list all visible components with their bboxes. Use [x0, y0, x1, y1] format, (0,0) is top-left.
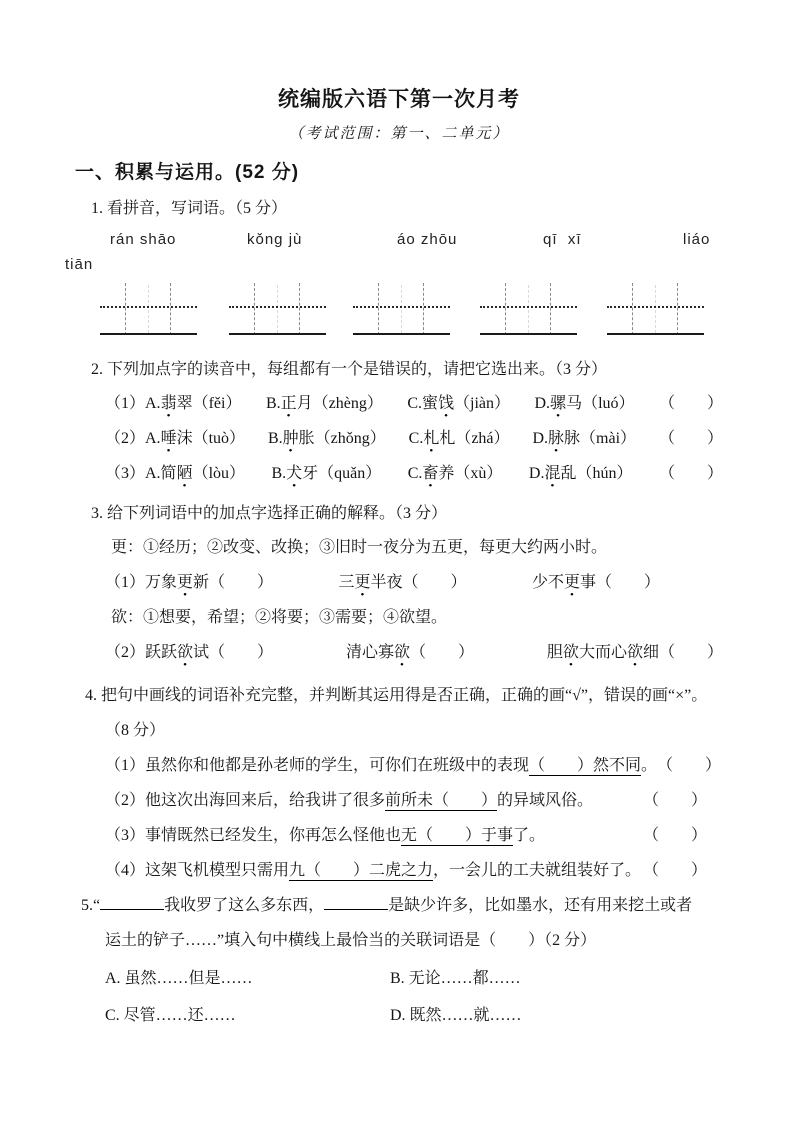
segment-dot: 骡 [550, 395, 566, 412]
answer-bracket: （ ） [659, 386, 723, 421]
segment-text: 5.“ [81, 897, 100, 914]
grid-line-v1 [378, 283, 379, 335]
segment-blank [324, 894, 388, 910]
writing-grid [100, 283, 197, 335]
segment-dot: 脉 [548, 430, 564, 447]
segment-text: （4）这架飞机模型只需用 [105, 862, 289, 879]
grid-line-vc [528, 285, 529, 333]
q1-writing-grids [75, 283, 723, 337]
grid-line-mid [100, 306, 197, 308]
q4-item-text: （3）事情既然已经发生，你再怎么怪他也无（ ）于事了。 [105, 818, 545, 853]
q2-option: D.混乱（hún） [529, 456, 633, 491]
section1-heading: 一、积累与运用。(52 分) [75, 158, 723, 188]
segment-dot: 陋 [177, 465, 193, 482]
q5-line1: 5.“我收罗了这么多东西，是缺少许多，比如墨水，还有用来挖土或者 [75, 888, 723, 923]
q2-option: （3）A.简陋（lòu） [105, 456, 245, 491]
segment-text: 少不 [532, 574, 564, 591]
segment-dot: 更 [354, 574, 370, 591]
q3-phrase: 胆欲大而心欲细（ ） [547, 635, 723, 670]
segment-text: （3）事情既然已经发生，你再怎么怪他也 [105, 827, 401, 844]
segment-text: （1）虽然你和他都是孙老师的学生，可你们在班级中的表现 [105, 757, 529, 774]
segment-text: （ ） [410, 644, 474, 661]
q4-item: （2）他这次出海回来后，给我讲了很多前所未（ ）的异域风俗。（ ） [75, 783, 723, 818]
q5-option: A. 虽然……但是…… [105, 960, 390, 997]
segment-ul: （ ）然不同 [529, 757, 641, 776]
answer-bracket: （ ） [643, 818, 707, 853]
segment-text: 了。 [513, 827, 545, 844]
segment-text: （lòu） [193, 465, 245, 482]
segment-text: 半夜（ ） [371, 574, 467, 591]
q2-option: C.畜养（xù） [408, 456, 503, 491]
segment-dot: 犬 [286, 465, 302, 482]
segment-ul: 前所未（ ） [385, 792, 497, 811]
q3-definition-geng: 更：①经历；②改变、改换；③旧时一夜分为五更，每更大约两小时。 [75, 530, 723, 565]
pinyin-group: qī xī [543, 227, 582, 252]
exam-paper-page: 统编版六语下第一次月考 （考试范围：第一、二单元） 一、积累与运用。(52 分)… [0, 0, 793, 1122]
q4-item-text: （4）这架飞机模型只需用九（ ）二虎之力，一会儿的工夫就组装好了。 [105, 853, 641, 888]
answer-bracket: （ ） [643, 853, 707, 888]
q3-phrase: （2）跃跃欲试（ ） [105, 635, 273, 670]
segment-text: D. [534, 395, 550, 412]
q4-item-text: （1）虽然你和他都是孙老师的学生，可你们在班级中的表现（ ）然不同。 [105, 748, 657, 783]
pinyin-group: liáo [683, 227, 710, 252]
segment-dot: 翡 [161, 395, 177, 412]
segment-text: 胀（zhǒng） [299, 430, 386, 447]
segment-text: B. [266, 395, 281, 412]
grid-line-mid [353, 306, 450, 308]
grid-line-v2 [299, 283, 300, 335]
segment-text: 是缺少许多，比如墨水，还有用来挖土或者 [388, 897, 692, 914]
grid-line-mid [480, 306, 577, 308]
segment-text: ，一会儿的工夫就组装好了。 [433, 862, 641, 879]
grid-line-v2 [550, 283, 551, 335]
q3-phrase: 三更半夜（ ） [338, 565, 466, 600]
grid-line-vc [655, 285, 656, 333]
segment-text: 胆 [547, 644, 563, 661]
writing-grid [229, 283, 326, 335]
segment-text: 事（ ） [580, 574, 660, 591]
q4-label: 4. 把句中画线的词语补充完整，并判断其运用得是否正确，正确的画“√”，错误的画… [75, 678, 723, 713]
segment-text: C.蜜 [407, 395, 438, 412]
segment-ul: 无（ ）于事 [401, 827, 513, 846]
segment-text: 清心寡 [346, 644, 394, 661]
segment-text: 翠（fěi） [177, 395, 242, 412]
q5-option: C. 尽管……还…… [105, 997, 390, 1034]
segment-text: 新（ ） [193, 574, 273, 591]
segment-text: （3）A.简 [105, 465, 177, 482]
segment-text: 大而心 [579, 644, 627, 661]
segment-dot: 更 [177, 574, 193, 591]
segment-dot: 肿 [283, 430, 299, 447]
segment-text: B. [268, 430, 283, 447]
segment-text: 的异域风俗。 [497, 792, 593, 809]
q3-row-2: （2）跃跃欲试（ ）清心寡欲（ ）胆欲大而心欲细（ ） [75, 635, 723, 670]
q5-line2: 运土的铲子……”填入句中横线上最恰当的关联词语是（ ）（2 分） [75, 923, 723, 958]
grid-line-mid [607, 306, 704, 308]
q3-phrase: 少不更事（ ） [532, 565, 660, 600]
segment-text: 试（ ） [193, 644, 273, 661]
segment-dot: 欲 [563, 644, 579, 661]
answer-bracket: （ ） [643, 783, 707, 818]
pinyin-group: kǒng jù [247, 227, 302, 252]
page-title: 统编版六语下第一次月考 [75, 86, 723, 114]
segment-text: 细（ ） [643, 644, 723, 661]
segment-text: B. [271, 465, 286, 482]
grid-line-v2 [677, 283, 678, 335]
segment-dot: 正 [281, 395, 297, 412]
segment-dot: 饯 [438, 395, 454, 412]
segment-dot: 欲 [394, 644, 410, 661]
grid-line-base [353, 333, 450, 335]
segment-dot: 唾 [161, 430, 177, 447]
segment-text: （jiàn） [454, 395, 510, 412]
segment-dot: 畜 [422, 465, 438, 482]
segment-text: D. [532, 430, 548, 447]
q3-phrase: 清心寡欲（ ） [346, 635, 474, 670]
q2-option: B.正月（zhèng） [266, 386, 383, 421]
grid-line-v1 [632, 283, 633, 335]
q5-option: B. 无论……都…… [390, 960, 723, 997]
segment-text: D. [529, 465, 545, 482]
grid-line-vc [148, 285, 149, 333]
q4-item: （3）事情既然已经发生，你再怎么怪他也无（ ）于事了。（ ） [75, 818, 723, 853]
segment-ul: 九（ ）二虎之力 [289, 862, 433, 881]
segment-text: 月（zhèng） [297, 395, 383, 412]
q4-item: （4）这架飞机模型只需用九（ ）二虎之力，一会儿的工夫就组装好了。（ ） [75, 853, 723, 888]
segment-text: （2）A. [105, 430, 161, 447]
segment-text: 养（xù） [438, 465, 502, 482]
q3-label: 3. 给下列词语中的加点字选择正确的解释。（3 分） [75, 497, 723, 530]
q2-row: （1）A.翡翠（fěi）B.正月（zhèng）C.蜜饯（jiàn）D.骡马（lu… [75, 386, 723, 421]
segment-text: C. [409, 430, 424, 447]
grid-line-base [229, 333, 326, 335]
segment-text: 脉（mài） [564, 430, 636, 447]
segment-text: （2）跃跃 [105, 644, 177, 661]
q2-option: B.肿胀（zhǒng） [268, 421, 386, 456]
q2-option: （1）A.翡翠（fěi） [105, 386, 241, 421]
grid-line-base [607, 333, 704, 335]
grid-line-v1 [254, 283, 255, 335]
q2-option: C.蜜饯（jiàn） [407, 386, 510, 421]
segment-text: （1）A. [105, 395, 161, 412]
grid-line-v2 [170, 283, 171, 335]
q5-option: D. 既然……就…… [390, 997, 723, 1034]
q2-row: （3）A.简陋（lòu）B.犬牙（quǎn）C.畜养（xù）D.混乱（hún）（… [75, 456, 723, 491]
answer-bracket: （ ） [657, 748, 721, 783]
q5-options: A. 虽然……但是……B. 无论……都……C. 尽管……还……D. 既然……就…… [75, 960, 723, 1034]
segment-text: 乱（hún） [560, 465, 632, 482]
segment-text: 三 [338, 574, 354, 591]
q3-phrase: （1）万象更新（ ） [105, 565, 273, 600]
pinyin-group: rán shāo [110, 227, 176, 252]
segment-text: （2）他这次出海回来后，给我讲了很多 [105, 792, 385, 809]
q1-label: 1. 看拼音，写词语。（5 分） [75, 192, 723, 225]
segment-text: 牙（quǎn） [302, 465, 381, 482]
grid-line-v2 [423, 283, 424, 335]
grid-line-base [100, 333, 197, 335]
segment-dot: 更 [564, 574, 580, 591]
q2-option: C.札札（zhá） [409, 421, 510, 456]
q2-option: D.脉脉（mài） [532, 421, 636, 456]
exam-content: 统编版六语下第一次月考 （考试范围：第一、二单元） 一、积累与运用。(52 分)… [0, 0, 793, 1034]
writing-grid [353, 283, 450, 335]
q4-item-text: （2）他这次出海回来后，给我讲了很多前所未（ ）的异域风俗。 [105, 783, 593, 818]
segment-text: 沫（tuò） [177, 430, 245, 447]
segment-blank [100, 894, 164, 910]
grid-line-vc [401, 285, 402, 333]
grid-line-vc [277, 285, 278, 333]
q3-definition-yu: 欲：①想要，希望；②将要；③需要；④欲望。 [75, 600, 723, 635]
answer-bracket: （ ） [659, 421, 723, 456]
grid-line-v1 [505, 283, 506, 335]
segment-dot: 欲 [177, 644, 193, 661]
segment-dot: 欲 [627, 644, 643, 661]
q2-option: B.犬牙（quǎn） [271, 456, 381, 491]
segment-text: （1）万象 [105, 574, 177, 591]
segment-text: 马（luó） [566, 395, 634, 412]
page-subtitle: （考试范围：第一、二单元） [75, 122, 723, 146]
q4-item: （1）虽然你和他都是孙老师的学生，可你们在班级中的表现（ ）然不同。（ ） [75, 748, 723, 783]
q1-pinyin-row: rán shāokǒng jùáo zhōuqī xīliáo [75, 227, 723, 252]
segment-text: 我收罗了这么多东西， [164, 897, 324, 914]
q3-row-1: （1）万象更新（ ）三更半夜（ ）少不更事（ ） [75, 565, 660, 600]
segment-text: 。 [641, 757, 657, 774]
segment-text: 札（zhá） [439, 430, 509, 447]
q2-option: D.骡马（luó） [534, 386, 634, 421]
grid-line-v1 [125, 283, 126, 335]
q2-row: （2）A.唾沫（tuò）B.肿胀（zhǒng）C.札札（zhá）D.脉脉（mài… [75, 421, 723, 456]
q1-pinyin-wrap: tiān [65, 252, 723, 277]
q2-label: 2. 下列加点字的读音中，每组都有一个是错误的，请把它选出来。（3 分） [75, 353, 723, 386]
writing-grid [607, 283, 704, 335]
segment-dot: 混 [544, 465, 560, 482]
q4-items: （1）虽然你和他都是孙老师的学生，可你们在班级中的表现（ ）然不同。（ ）（2）… [75, 748, 723, 888]
pinyin-group: áo zhōu [397, 227, 457, 252]
writing-grid [480, 283, 577, 335]
segment-text: C. [408, 465, 423, 482]
grid-line-mid [229, 306, 326, 308]
answer-bracket: （ ） [659, 456, 723, 491]
segment-dot: 札 [423, 430, 439, 447]
q4-score: （8 分） [75, 713, 723, 748]
grid-line-base [480, 333, 577, 335]
q2-option: （2）A.唾沫（tuò） [105, 421, 245, 456]
q2-rows: （1）A.翡翠（fěi）B.正月（zhèng）C.蜜饯（jiàn）D.骡马（lu… [75, 386, 723, 491]
